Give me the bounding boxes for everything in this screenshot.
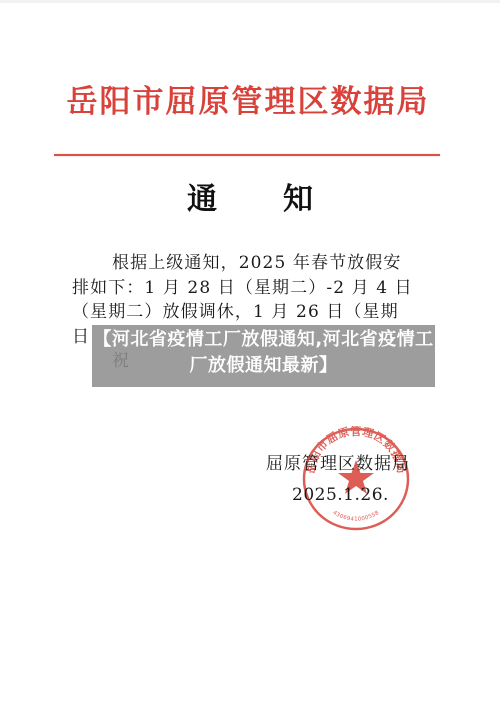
organization-header: 岳阳市屈原管理区数据局: [62, 82, 434, 122]
official-seal-icon: 岳阳市屈原管理区数据局 4306941000558: [301, 426, 411, 532]
title-char-1: 通: [180, 180, 224, 220]
body-line-1: 根据上级通知，2025 年春节放假安: [72, 251, 438, 276]
signature-date: 2025.1.26.: [292, 483, 389, 507]
body-line-2: 排如下：1 月 28 日（星期二）-2 月 4 日: [72, 276, 438, 301]
svg-text:4306941000558: 4306941000558: [332, 510, 381, 523]
body-line-3: （星期二）放假调休，1 月 26 日（星期: [72, 300, 438, 325]
header-red-rule: [54, 154, 440, 156]
seal-serial: 4306941000558: [332, 510, 381, 523]
caption-overlay-text: 【河北省疫情工厂放假通知,河北省疫情工厂放假通知最新】: [92, 327, 435, 379]
title-char-2: 知: [276, 180, 320, 220]
signature-organization: 屈原管理区数据局: [266, 452, 426, 476]
document-title: 通 知: [180, 180, 320, 220]
